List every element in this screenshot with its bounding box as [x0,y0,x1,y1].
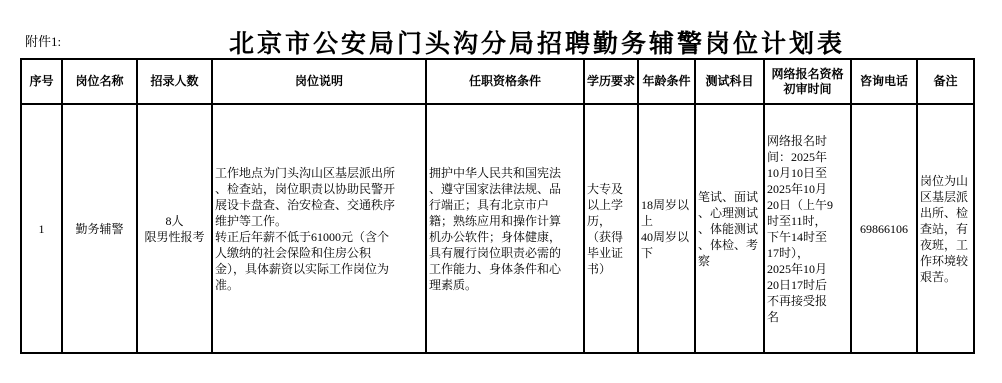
page-title: 北京市公安局门头沟分局招聘勤务辅警岗位计划表 [216,24,858,60]
cell-position-description: 工作地点为门头沟山区基层派出所 、检查站，岗位职责以协助民警开 展设卡盘查、治安… [212,104,426,353]
cell-serial-no: 1 [21,104,62,353]
cell-age-requirement: 18周岁以 上 40周岁以 下 [638,104,695,353]
col-header-qualification-conditions: 任职资格条件 [426,59,584,104]
age-requirement-text: 18周岁以 上 40周岁以 下 [641,197,692,261]
col-header-position-description: 岗位说明 [212,59,426,104]
attachment-label: 附件1: [25,31,61,50]
test-subjects-text: 笔试、面试 、心理测试 、体能测试 、体检、考 察 [698,189,761,269]
document-page: 附件1: 北京市公安局门头沟分局招聘勤务辅警岗位计划表 序号 岗位名称 招录人数… [0,0,1002,383]
consultation-phone-text: 69866106 [854,221,914,237]
cell-online-registration-review-time: 网络报名时 间：2025年 10月10日至 2025年10月 20日（上午9 时… [764,104,851,353]
recruitment-plan-table: 序号 岗位名称 招录人数 岗位说明 任职资格条件 学历要求 年龄条件 测试科目 … [20,58,975,354]
col-header-position-name: 岗位名称 [62,59,137,104]
position-description-text: 工作地点为门头沟山区基层派出所 、检查站，岗位职责以协助民警开 展设卡盘查、治安… [215,165,423,293]
qualification-conditions-text: 拥护中华人民共和国宪法 、遵守国家法律法规、品 行端正；具有北京市户 籍；熟练应… [429,165,581,293]
cell-consultation-phone: 69866106 [851,104,917,353]
online-registration-review-time-text: 网络报名时 间：2025年 10月10日至 2025年10月 20日（上午9 时… [767,133,848,325]
cell-position-name: 勤务辅警 [62,104,137,353]
education-requirement-text: 大专及 以上学 历， （获得 毕业证 书） [587,181,635,277]
remarks-text: 岗位为山 区基层派 出所、检 查站，有 夜班，工 作环境较 艰苦。 [920,173,971,285]
col-header-remarks: 备注 [917,59,974,104]
col-header-recruit-count: 招录人数 [137,59,212,104]
col-header-education-requirement: 学历要求 [584,59,638,104]
col-header-serial-no: 序号 [21,59,62,104]
cell-recruit-count: 8人 限男性报考 [137,104,212,353]
col-header-test-subjects: 测试科目 [695,59,764,104]
table-header-row: 序号 岗位名称 招录人数 岗位说明 任职资格条件 学历要求 年龄条件 测试科目 … [21,59,974,104]
cell-test-subjects: 笔试、面试 、心理测试 、体能测试 、体检、考 察 [695,104,764,353]
cell-remarks: 岗位为山 区基层派 出所、检 查站，有 夜班，工 作环境较 艰苦。 [917,104,974,353]
col-header-age-requirement: 年龄条件 [638,59,695,104]
recruit-count-text: 8人 限男性报考 [140,213,209,245]
col-header-consultation-phone: 咨询电话 [851,59,917,104]
col-header-online-registration-review-time: 网络报名资格初审时间 [764,59,851,104]
cell-education-requirement: 大专及 以上学 历， （获得 毕业证 书） [584,104,638,353]
position-name-text: 勤务辅警 [65,221,134,237]
cell-qualification-conditions: 拥护中华人民共和国宪法 、遵守国家法律法规、品 行端正；具有北京市户 籍；熟练应… [426,104,584,353]
table-row: 1 勤务辅警 8人 限男性报考 工作地点为门头沟山区基层派出所 、检查站，岗位职… [21,104,974,353]
serial-no-text: 1 [24,221,59,237]
